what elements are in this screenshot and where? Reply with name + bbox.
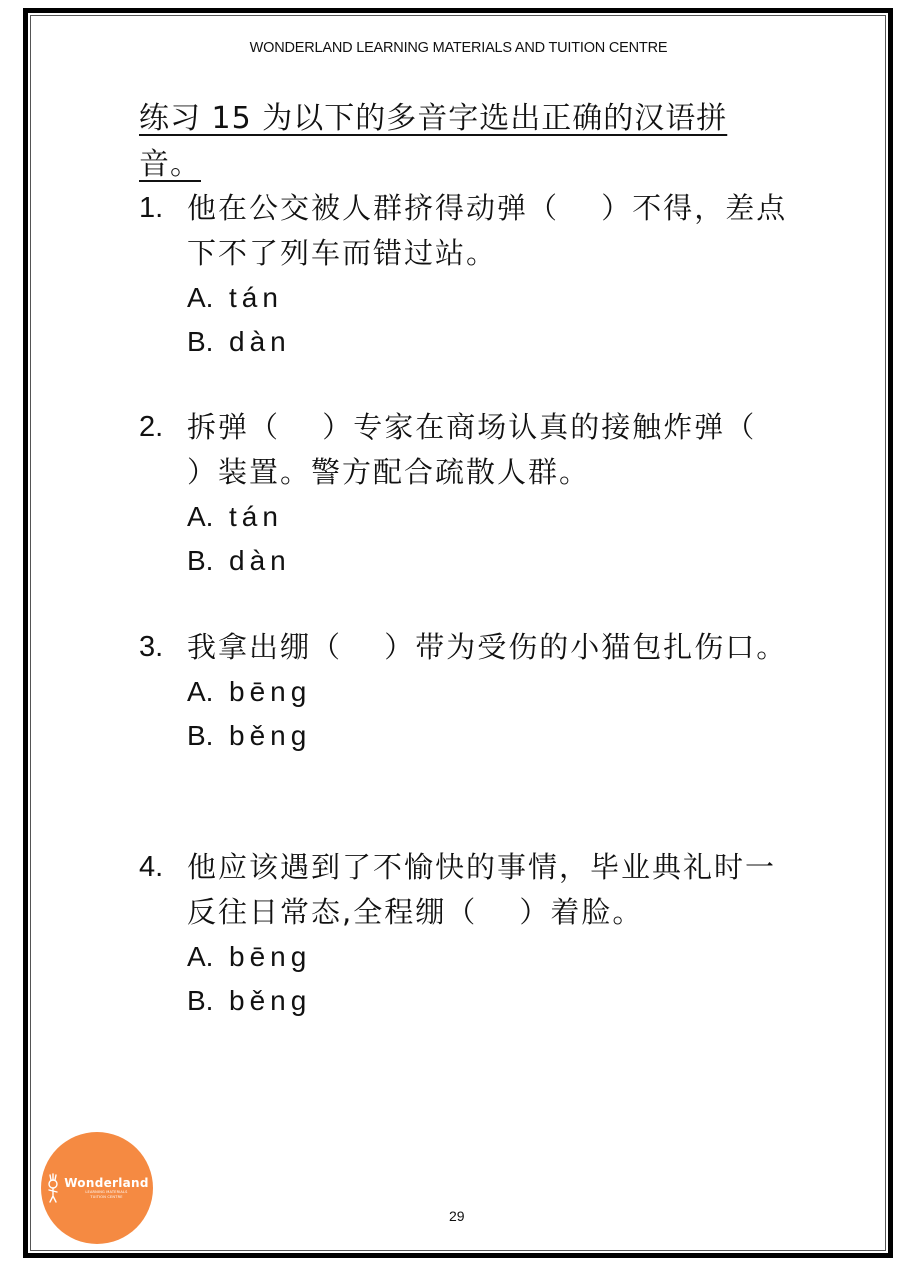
question-1: 1. 他在公交被人群挤得动弹（ ）不得，差点下不了列车而错过站。 A. tán …	[139, 186, 789, 364]
option-a[interactable]: A. tán	[187, 495, 789, 539]
logo-subtitle-line2: TUITION CENTRE	[90, 1195, 122, 1200]
option-letter: A.	[187, 935, 229, 979]
question-2: 2. 拆弹（ ）专家在商场认真的接触炸弹（ ）装置。警方配合疏散人群。 A. t…	[139, 405, 789, 583]
page-header: WONDERLAND LEARNING MATERIALS AND TUITIO…	[0, 40, 917, 56]
option-letter: A.	[187, 276, 229, 320]
option-b[interactable]: B. dàn	[187, 539, 789, 583]
option-pinyin: tán	[229, 495, 283, 539]
option-pinyin: běng	[229, 979, 311, 1023]
question-number: 4.	[139, 845, 187, 935]
option-pinyin: dàn	[229, 539, 291, 583]
option-letter: A.	[187, 670, 229, 714]
option-pinyin: bēng	[229, 935, 311, 979]
logo-mascot-icon	[45, 1173, 61, 1203]
question-4: 4. 他应该遇到了不愉快的事情，毕业典礼时一反往日常态,全程绷（ ）着脸。 A.…	[139, 845, 789, 1023]
question-text: 他在公交被人群挤得动弹（ ）不得，差点下不了列车而错过站。	[187, 186, 789, 276]
wonderland-logo: Wonderland LEARNING MATERIALS TUITION CE…	[41, 1132, 153, 1244]
exercise-title-text: 练习 15 为以下的多音字选出正确的汉语拼音。	[139, 101, 727, 182]
question-text: 他应该遇到了不愉快的事情，毕业典礼时一反往日常态,全程绷（ ）着脸。	[187, 845, 789, 935]
option-b[interactable]: B. dàn	[187, 320, 789, 364]
exercise-title: 练习 15 为以下的多音字选出正确的汉语拼音。	[139, 96, 784, 188]
question-text: 我拿出绷（ ）带为受伤的小猫包扎伤口。	[187, 625, 789, 670]
question-text: 拆弹（ ）专家在商场认真的接触炸弹（ ）装置。警方配合疏散人群。	[187, 405, 789, 495]
option-letter: A.	[187, 495, 229, 539]
logo-name: Wonderland	[64, 1176, 149, 1190]
option-pinyin: tán	[229, 276, 283, 320]
option-a[interactable]: A. bēng	[187, 935, 789, 979]
options-list: A. tán B. dàn	[187, 495, 789, 583]
question-3: 3. 我拿出绷（ ）带为受伤的小猫包扎伤口。 A. bēng B. běng	[139, 625, 789, 758]
option-letter: B.	[187, 714, 229, 758]
option-b[interactable]: B. běng	[187, 979, 789, 1023]
option-pinyin: dàn	[229, 320, 291, 364]
question-number: 2.	[139, 405, 187, 495]
option-pinyin: bēng	[229, 670, 311, 714]
options-list: A. bēng B. běng	[187, 670, 789, 758]
question-number: 3.	[139, 625, 187, 670]
options-list: A. tán B. dàn	[187, 276, 789, 364]
option-letter: B.	[187, 979, 229, 1023]
option-pinyin: běng	[229, 714, 311, 758]
page-number: 29	[449, 1208, 465, 1224]
options-list: A. bēng B. běng	[187, 935, 789, 1023]
option-a[interactable]: A. bēng	[187, 670, 789, 714]
option-letter: B.	[187, 320, 229, 364]
option-letter: B.	[187, 539, 229, 583]
option-a[interactable]: A. tán	[187, 276, 789, 320]
option-b[interactable]: B. běng	[187, 714, 789, 758]
question-number: 1.	[139, 186, 187, 276]
